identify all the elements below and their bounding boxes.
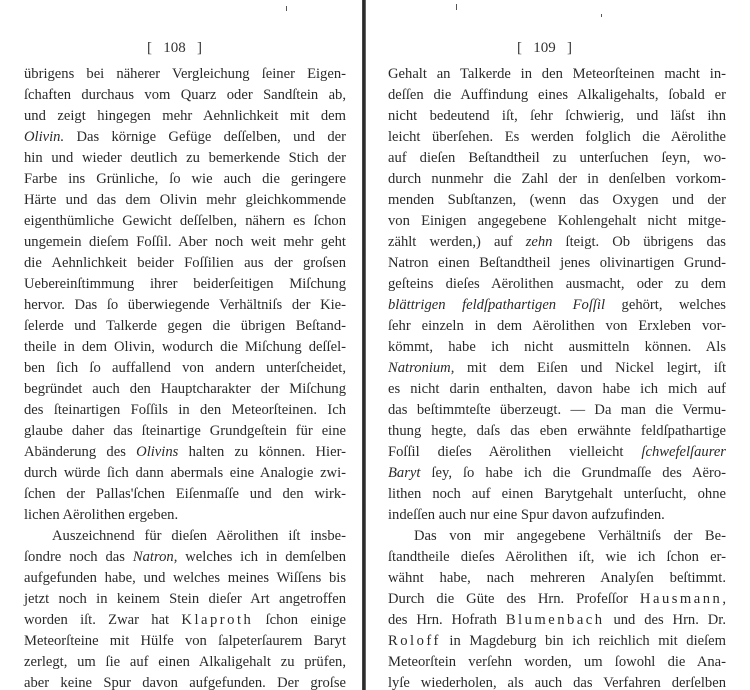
text-run: ſey, ſo habe ich die Grundmaſſe des Aëro… xyxy=(420,465,726,481)
text-run: Foſſil dieſes Aërolithen vielleicht xyxy=(388,444,641,460)
text-line: hin und wieder deutlich zu bemerkende St… xyxy=(24,148,346,169)
text-line: aufgefunden habe, und welches meines Wiſ… xyxy=(24,568,346,589)
text-line: Baryt ſey, ſo habe ich die Grundmaſſe de… xyxy=(388,463,726,484)
text-run: ſchon einige xyxy=(253,612,346,628)
text-line: Roloff in Magdeburg bin ich reichlich mi… xyxy=(388,631,726,652)
text-line: aber keine Spur davon aufgefunden. Der g… xyxy=(24,673,346,690)
text-run: halten zu können. Hier- xyxy=(178,444,346,460)
text-line: Durch die Güte des Hrn. Profeſſor Hausma… xyxy=(388,589,726,610)
text-run: und des Hrn. Dr. xyxy=(605,612,726,628)
text-line: von Einigen angegebene Kohlengehalt nich… xyxy=(388,211,726,232)
spaced-name: Hausmann xyxy=(640,591,722,607)
text-line: ſtandtheile dieſes Aërolithen iſt, wie i… xyxy=(388,547,726,568)
scan-speck xyxy=(456,4,457,10)
text-line: Auszeichnend für dieſen Aërolithen iſt i… xyxy=(24,526,346,547)
text-line: kömmt, habe ich nicht ausmitteln können.… xyxy=(388,337,726,358)
text-line: zerlegt, um ſie auf einen Alkaligehalt z… xyxy=(24,652,346,673)
text-line: und zeigt hingegen mehr Aehnlichkeit mit… xyxy=(24,106,346,127)
text-line: ſchaften durchaus vom Quarz oder Sandſte… xyxy=(24,85,346,106)
text-line: theile in dem Olivin, wodurch die Miſchu… xyxy=(24,337,346,358)
text-line: Natron einen Beſtandtheil jenes olivinar… xyxy=(388,253,726,274)
scan-speck xyxy=(601,14,602,17)
text-line: Foſſil dieſes Aërolithen vielleicht ſchw… xyxy=(388,442,726,463)
text-line: thung hegte, daſs das eben erwähnte feld… xyxy=(388,421,726,442)
text-run: gehört, welches xyxy=(605,297,726,313)
text-line: Farbe ins Grünliche, ſo wie auch die ger… xyxy=(24,169,346,190)
page-number: [ 108 ] xyxy=(147,40,202,57)
text-line: jetzt noch in keinem Stein dieſer Art an… xyxy=(24,589,346,610)
text-line: wähnt habe, nach mehreren Analyſen beſti… xyxy=(388,568,726,589)
text-run: Das körnige Gefüge deſſelben, und der xyxy=(64,129,346,145)
text-run: worden iſt. Zwar hat xyxy=(24,612,181,628)
text-line: menden Subſtanzen, (wenn das Oxygen und … xyxy=(388,190,726,211)
spaced-name: Klaproth xyxy=(181,612,253,628)
italic-term: Olivin. xyxy=(24,129,64,145)
left-page: [ 108 ] übrigens bei näherer Vergleichun… xyxy=(0,0,362,690)
text-run: welches ich in demſelben xyxy=(177,549,346,565)
text-line: ſelerde und Talkerde gegen die übrigen B… xyxy=(24,316,346,337)
page-number: [ 109 ] xyxy=(517,40,572,57)
text-line: durch nunmehr die Zahl der in denſelben … xyxy=(388,169,726,190)
italic-term: Natron, xyxy=(133,549,177,565)
text-run: Abänderung des xyxy=(24,444,136,460)
text-line: glaube daher das ſteinartige Grundgeſtei… xyxy=(24,421,346,442)
text-line: es nicht darin enthalten, davon habe ich… xyxy=(388,379,726,400)
text-run: ſteigt. Ob übrigens das xyxy=(552,234,726,250)
text-line: eigenthümliche Gewicht deſſelben, nähern… xyxy=(24,211,346,232)
text-line: lithen noch auf einen Barytgehalt unterſ… xyxy=(388,484,726,505)
book-gutter-divider xyxy=(362,0,366,690)
page-body-text: Gehalt an Talkerde in den Meteorſteinen … xyxy=(388,64,726,690)
text-line: des ſteinartigen Foſſils in den Meteorſt… xyxy=(24,400,346,421)
page-body-text: übrigens bei näherer Vergleichung ſeiner… xyxy=(24,64,346,690)
text-run: des Hrn. Hofrath xyxy=(388,612,506,628)
text-line: deſſen die Auffindung eines Alkaligehalt… xyxy=(388,85,726,106)
spaced-name: Roloff xyxy=(388,633,441,649)
text-line: blättrigen feldſpathartigen Foſſil gehör… xyxy=(388,295,726,316)
text-line: Gehalt an Talkerde in den Meteorſteinen … xyxy=(388,64,726,85)
italic-term: ſchwefelſaurer xyxy=(641,444,726,460)
text-line: ſondre noch das Natron, welches ich in d… xyxy=(24,547,346,568)
text-run: in Magdeburg bin ich reichlich mit dieſe… xyxy=(441,633,726,649)
italic-term: Natronium, xyxy=(388,360,454,376)
text-run: , xyxy=(722,591,726,607)
text-line: übrigens bei näherer Vergleichung ſeiner… xyxy=(24,64,346,85)
text-line: des Hrn. Hofrath Blumenbach und des Hrn.… xyxy=(388,610,726,631)
text-line: lichen Aërolithen ergeben. xyxy=(24,505,346,526)
text-line: ſchen der Pallas'ſchen Eiſenmaſſe und de… xyxy=(24,484,346,505)
text-line: das beſtimmteſte überzeugt. — Da man die… xyxy=(388,400,726,421)
text-line: geſteins dieſes Aërolithen ausmacht, ode… xyxy=(388,274,726,295)
text-line: die Aehnlichkeit beider Foſſilien aus de… xyxy=(24,253,346,274)
text-line: Abänderung des Olivins halten zu können.… xyxy=(24,442,346,463)
text-line: worden iſt. Zwar hat Klaproth ſchon eini… xyxy=(24,610,346,631)
text-line: nicht bedeutend iſt, ſehr ſchwierig, und… xyxy=(388,106,726,127)
text-line: leicht überſehen. Es werden folglich die… xyxy=(388,127,726,148)
text-line: Natronium, mit dem Eiſen und Nickel legi… xyxy=(388,358,726,379)
scan-speck xyxy=(286,6,287,11)
spaced-name: Blumenbach xyxy=(506,612,605,628)
text-line: durch würde ſich dann abermals eine Anal… xyxy=(24,463,346,484)
text-line: zählt werden,) auf zehn ſteigt. Ob übrig… xyxy=(388,232,726,253)
text-line: ben ſich ſo auffallend von andern unterſ… xyxy=(24,358,346,379)
text-line: Meteorſteine mit Hülfe von ſalpeterſaure… xyxy=(24,631,346,652)
text-line: begründet auch den Hauptcharakter der Mi… xyxy=(24,379,346,400)
italic-term: zehn xyxy=(526,234,553,250)
text-run: mit dem Eiſen und Nickel legirt, iſt xyxy=(454,360,726,376)
text-line: Das von mir angegebene Verhältniſs der B… xyxy=(388,526,726,547)
italic-term: blättrigen feldſpathartigen Foſſil xyxy=(388,297,605,313)
text-line: indeſſen auch nur eine Spur davon aufzuf… xyxy=(388,505,726,526)
text-run: ſondre noch das xyxy=(24,549,133,565)
text-line: Uebereinſtimmung ihrer beiderſeitigen Mi… xyxy=(24,274,346,295)
right-page: [ 109 ] Gehalt an Talkerde in den Meteor… xyxy=(367,0,750,690)
text-line: auf dieſen Beſtandtheil zu unterſuchen ſ… xyxy=(388,148,726,169)
text-line: lyſe wiederholen, als auch das Verfahren… xyxy=(388,673,726,690)
text-line: ungemein dieſem Foſſil. Aber noch weit m… xyxy=(24,232,346,253)
text-line: ſehr einzeln in dem Aërolithen von Erxle… xyxy=(388,316,726,337)
text-line: Olivin. Das körnige Gefüge deſſelben, un… xyxy=(24,127,346,148)
text-line: Härte und das dem Olivin mehr gleichkomm… xyxy=(24,190,346,211)
italic-term: Baryt xyxy=(388,465,420,481)
italic-term: Olivins xyxy=(136,444,178,460)
text-line: Meteorſtein verſehn worden, um ſowohl di… xyxy=(388,652,726,673)
text-run: Durch die Güte des Hrn. Profeſſor xyxy=(388,591,640,607)
text-line: hervor. Das ſo überwiegende Verhältniſs … xyxy=(24,295,346,316)
text-run: zählt werden,) auf xyxy=(388,234,526,250)
